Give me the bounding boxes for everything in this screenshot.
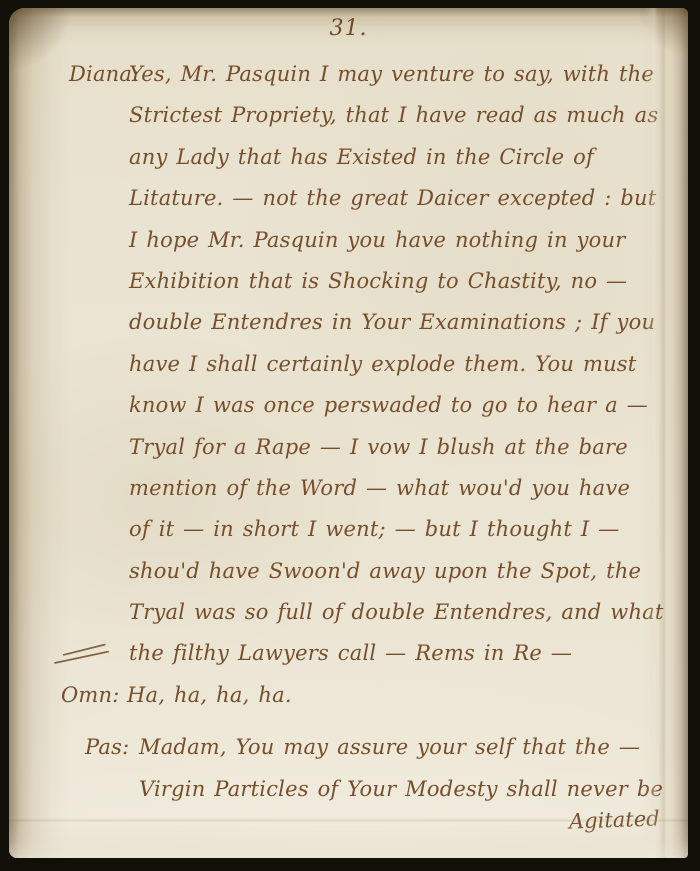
line-text: Yes, Mr. Pasquin I may venture to say, w… xyxy=(129,62,654,86)
page-number: 31. xyxy=(9,16,688,41)
line-text: know I was once perswaded to go to hear … xyxy=(129,393,648,417)
line-text: the filthy Lawyers call — Rems in Re — xyxy=(129,641,572,665)
manuscript-line: Tryal was so full of double Entendres, a… xyxy=(9,592,688,633)
line-text: shou'd have Swoon'd away upon the Spot, … xyxy=(129,559,641,583)
speech: Omn:Ha, ha, ha, ha. xyxy=(9,675,688,716)
line-text: mention of the Word — what wou'd you hav… xyxy=(129,476,630,500)
line-text: have I shall certainly explode them. You… xyxy=(129,352,636,376)
line-text: I hope Mr. Pasquin you have nothing in y… xyxy=(129,228,625,252)
manuscript-line: I hope Mr. Pasquin you have nothing in y… xyxy=(9,220,688,261)
speech: Diana:Yes, Mr. Pasquin I may venture to … xyxy=(9,54,688,675)
speaker-label: Pas: xyxy=(85,727,129,768)
manuscript-line: Diana:Yes, Mr. Pasquin I may venture to … xyxy=(9,54,688,95)
speaker-label: Diana: xyxy=(69,54,139,95)
line-text: Madam, You may assure your self that the… xyxy=(139,735,640,759)
line-text: Virgin Particles of Your Modesty shall n… xyxy=(139,777,663,801)
manuscript-line: have I shall certainly explode them. You… xyxy=(9,344,688,385)
line-text: double Entendres in Your Examinations ; … xyxy=(129,310,655,334)
speaker-label: Omn: xyxy=(61,675,120,716)
manuscript-line: Strictest Propriety, that I have read as… xyxy=(9,95,688,136)
catchword: Agitated xyxy=(569,806,660,833)
manuscript-line: any Lady that has Existed in the Circle … xyxy=(9,137,688,178)
manuscript-line: Tryal for a Rape — I vow I blush at the … xyxy=(9,427,688,468)
manuscript-line: Exhibition that is Shocking to Chastity,… xyxy=(9,261,688,302)
manuscript-photo: 31. Diana:Yes, Mr. Pasquin I may venture… xyxy=(0,0,700,871)
line-text: Tryal for a Rape — I vow I blush at the … xyxy=(129,435,628,459)
manuscript-line: double Entendres in Your Examinations ; … xyxy=(9,302,688,343)
manuscript-line: of it — in short I went; — but I thought… xyxy=(9,509,688,550)
line-text: Tryal was so full of double Entendres, a… xyxy=(129,600,664,624)
manuscript-line: Pas:Madam, You may assure your self that… xyxy=(9,727,688,768)
line-text: Ha, ha, ha, ha. xyxy=(127,683,292,707)
line-text: of it — in short I went; — but I thought… xyxy=(129,517,619,541)
ink-layer: 31. Diana:Yes, Mr. Pasquin I may venture… xyxy=(9,8,688,858)
line-text: any Lady that has Existed in the Circle … xyxy=(129,145,594,169)
manuscript-line: know I was once perswaded to go to hear … xyxy=(9,385,688,426)
speech: Pas:Madam, You may assure your self that… xyxy=(9,727,688,810)
line-text: Litature. — not the great Daicer excepte… xyxy=(129,186,656,210)
manuscript-line: Virgin Particles of Your Modesty shall n… xyxy=(9,769,688,810)
text-block: Diana:Yes, Mr. Pasquin I may venture to … xyxy=(9,54,688,810)
manuscript-line: Omn:Ha, ha, ha, ha. xyxy=(9,675,688,716)
manuscript-line: shou'd have Swoon'd away upon the Spot, … xyxy=(9,551,688,592)
manuscript-line: mention of the Word — what wou'd you hav… xyxy=(9,468,688,509)
line-text: Exhibition that is Shocking to Chastity,… xyxy=(129,269,627,293)
manuscript-page: 31. Diana:Yes, Mr. Pasquin I may venture… xyxy=(9,8,688,858)
manuscript-line: Litature. — not the great Daicer excepte… xyxy=(9,178,688,219)
line-text: Strictest Propriety, that I have read as… xyxy=(129,103,658,127)
